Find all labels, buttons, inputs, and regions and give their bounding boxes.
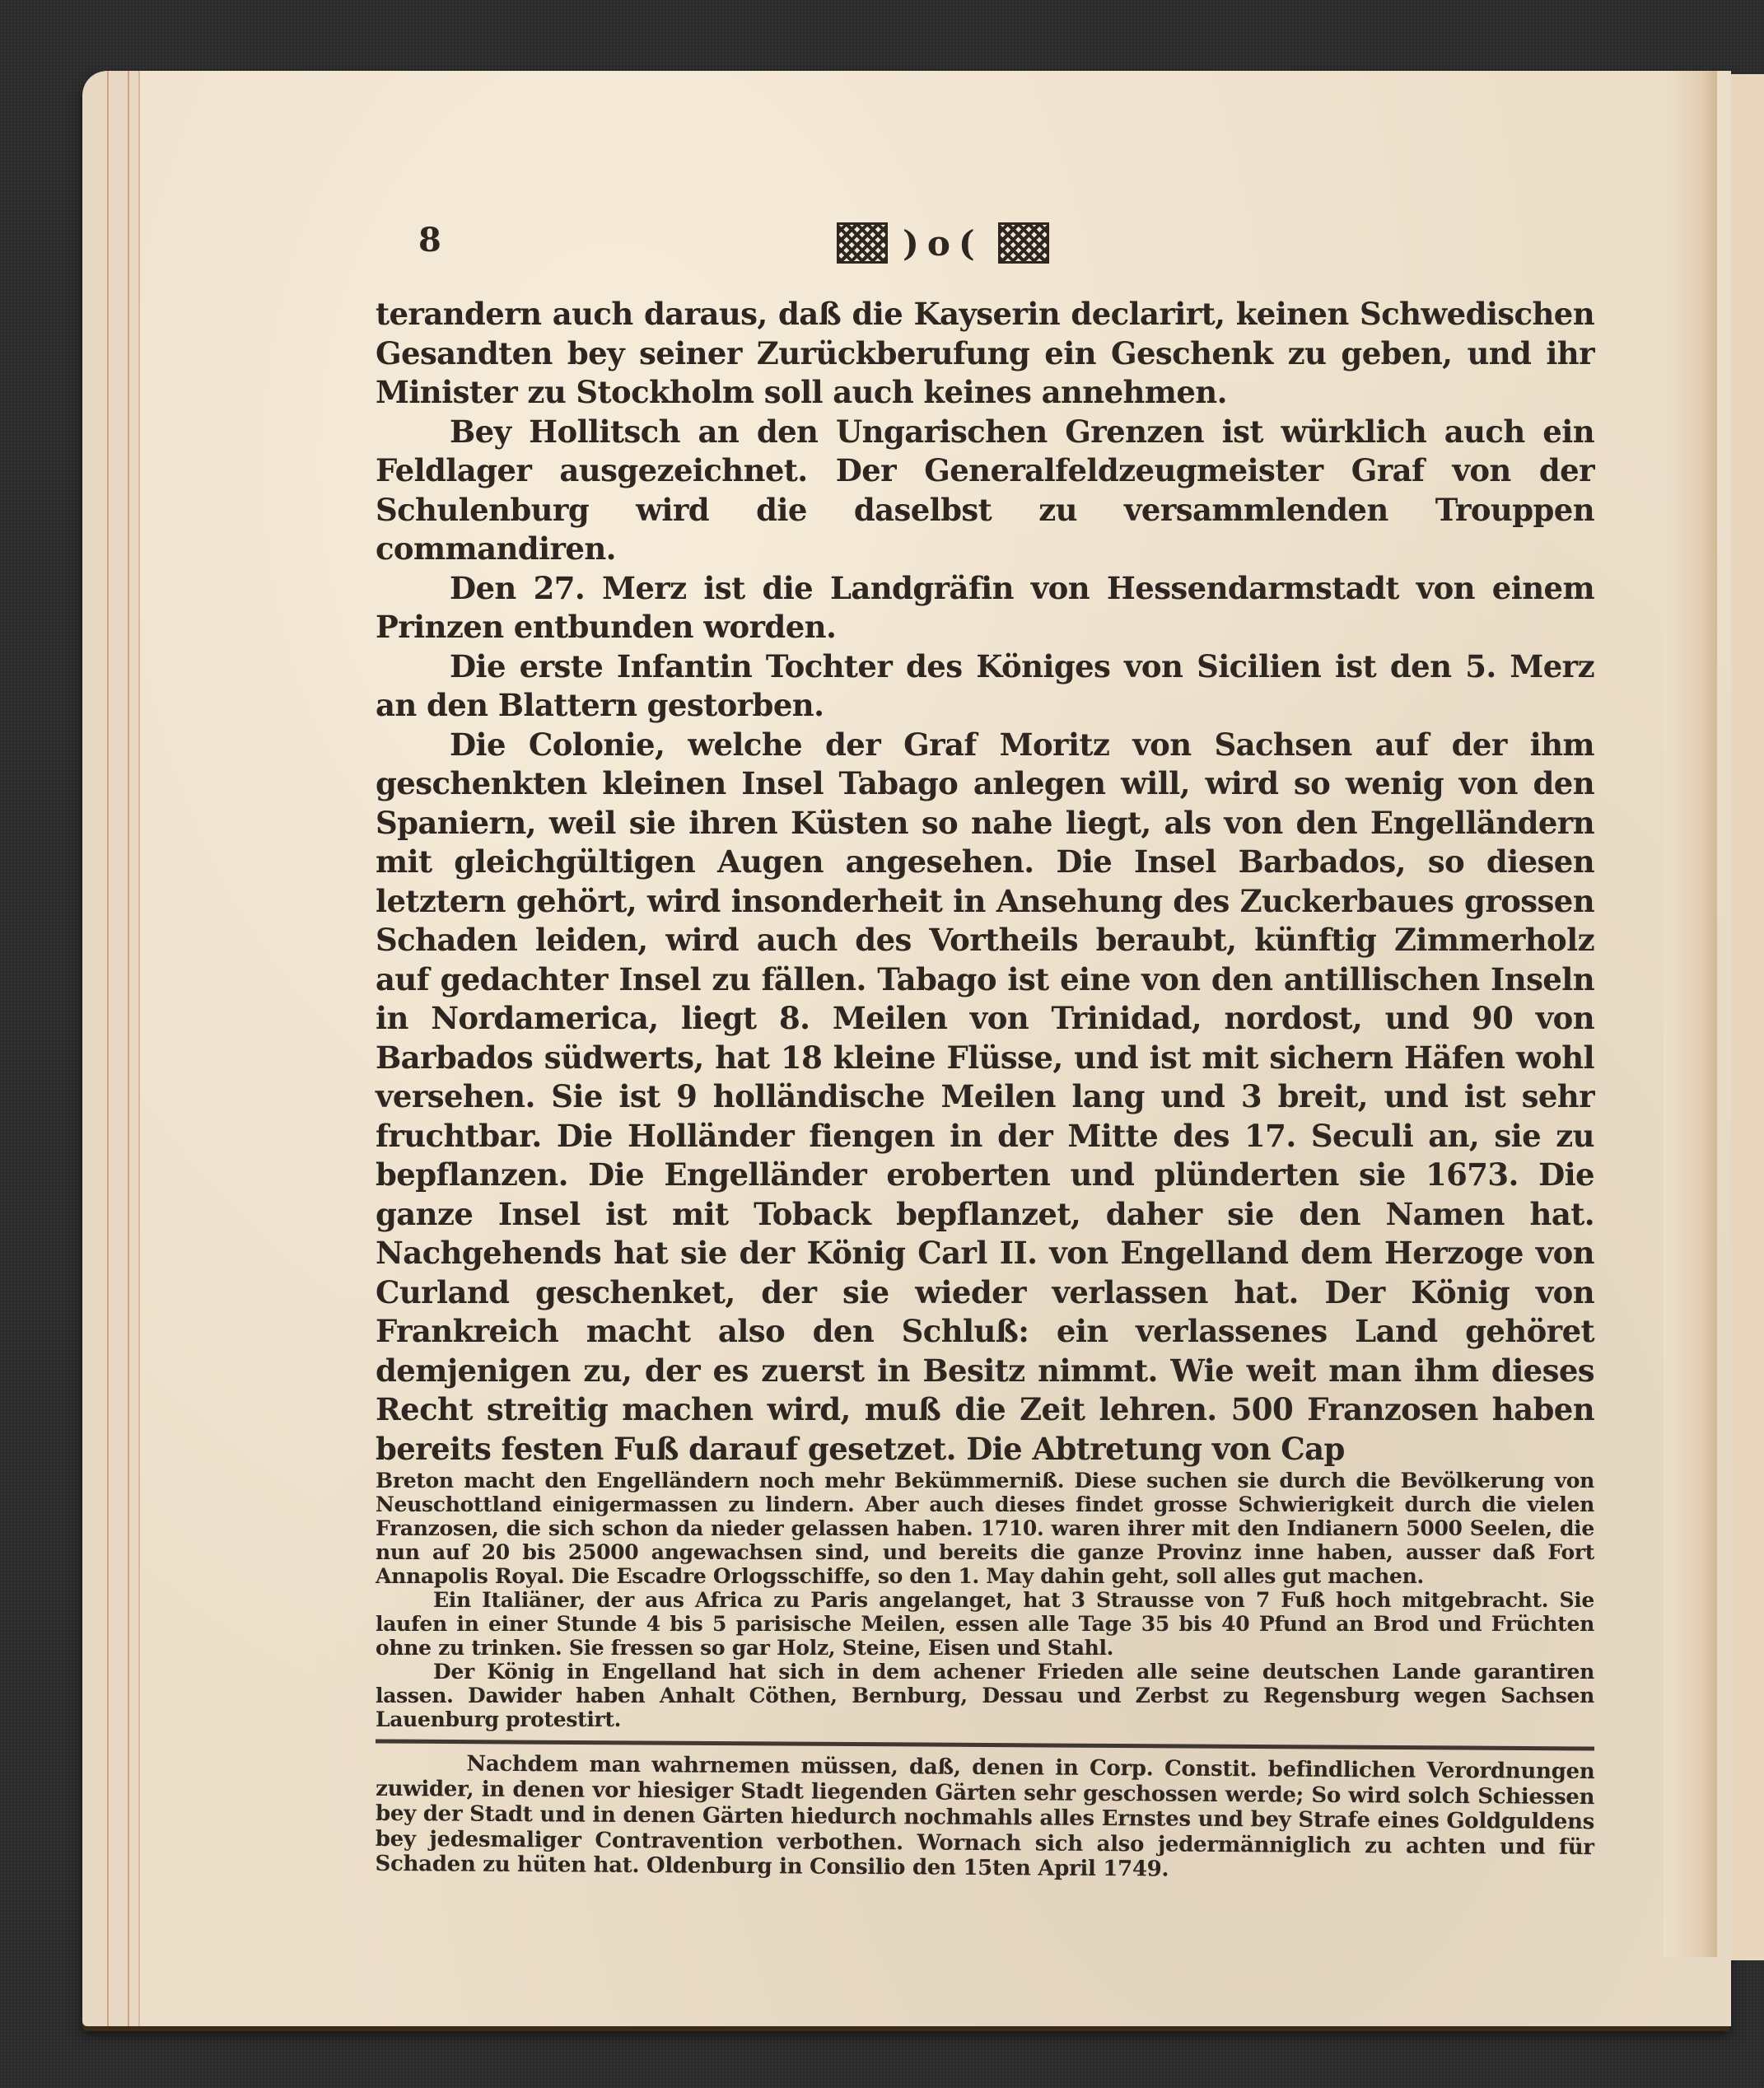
main-text: terandern auch daraus, daß die Kayserin …: [376, 295, 1594, 1469]
page-edge: [107, 71, 109, 2026]
page-edge: [128, 71, 129, 2026]
notice-text: Nachdem man wahrnemen müssen, daß, denen…: [375, 1751, 1594, 1885]
paragraph: Bey Hollitsch an den Ungarischen Grenzen…: [376, 413, 1594, 569]
paragraph: Den 27. Merz ist die Landgräfin von Hess…: [376, 569, 1594, 647]
paragraph: Die Colonie, welche der Graf Moritz von …: [376, 726, 1594, 1469]
ornament-icon: [837, 222, 888, 264]
paragraph: Die erste Infantin Tochter des Königes v…: [376, 647, 1594, 726]
ornament-icon: [998, 222, 1049, 264]
paragraph: terandern auch daraus, daß die Kayserin …: [376, 295, 1594, 413]
page-number: 8: [418, 221, 441, 259]
section-divider: [376, 1739, 1594, 1750]
page-fold: [1664, 71, 1717, 1957]
paragraph: Der König in Engelland hat sich in dem a…: [376, 1660, 1594, 1731]
small-print-text: Breton macht den Engelländern noch mehr …: [376, 1469, 1594, 1731]
paragraph: Breton macht den Engelländern noch mehr …: [376, 1469, 1594, 1588]
official-notice: Nachdem man wahrnemen müssen, daß, denen…: [375, 1751, 1594, 1885]
page-content: 8 )o( terandern auch daraus, daß die Kay…: [376, 221, 1594, 1881]
header-ornament: )o(: [837, 222, 1049, 264]
running-head-text: )o(: [903, 223, 983, 264]
running-head: 8 )o(: [376, 221, 1594, 270]
paragraph: Ein Italiäner, der aus Africa zu Paris a…: [376, 1588, 1594, 1660]
